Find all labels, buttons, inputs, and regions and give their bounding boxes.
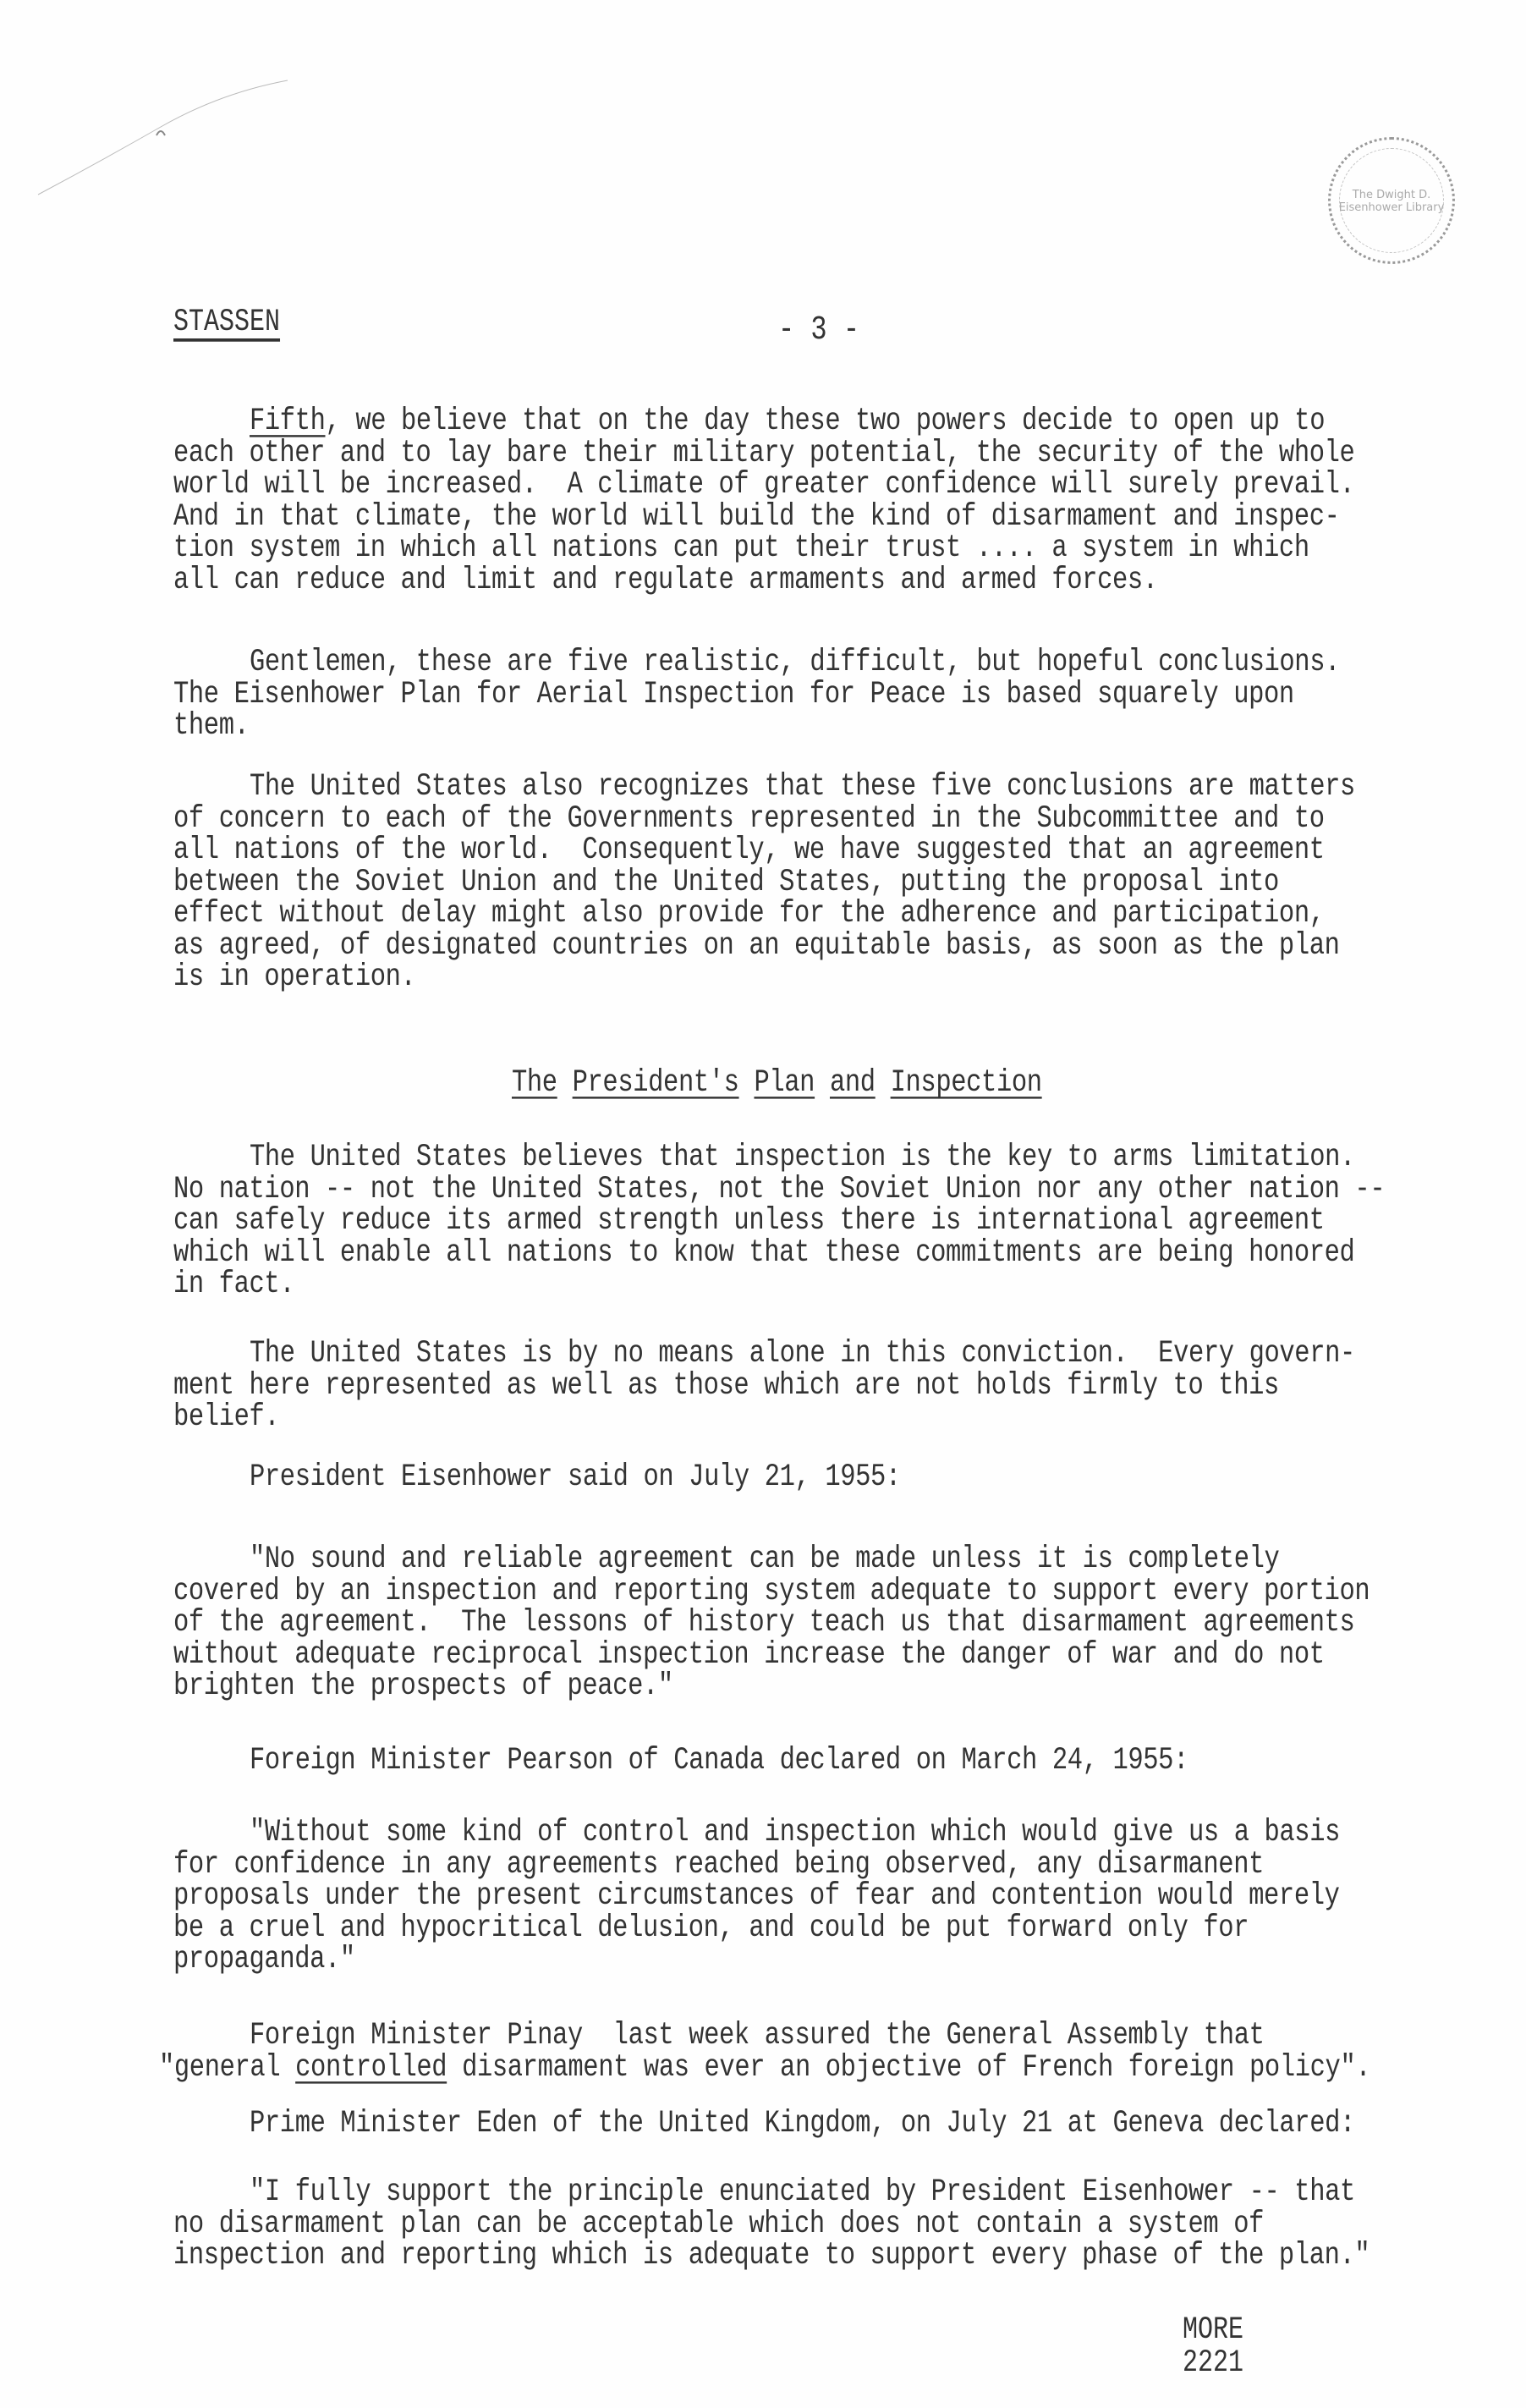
pearson-intro-line: Foreign Minister Pearson of Canada decla… (250, 1746, 1188, 1777)
not-alone-line: ment here represented as well as those w… (173, 1371, 1279, 1402)
not-alone-line: The United States is by no means alone i… (250, 1339, 1355, 1370)
page-number: - 3 - (778, 310, 859, 349)
heading-word: Plan (754, 1066, 815, 1101)
fifth-line: And in that climate, the world will buil… (173, 502, 1340, 533)
us-recognizes-line: effect without delay might also provide … (173, 899, 1325, 930)
pearson-quote-line: be a cruel and hypocritical delusion, an… (173, 1913, 1249, 1944)
pinay-line: Foreign Minister Pinay last week assured… (250, 2020, 1265, 2052)
document-code: 2221 (1183, 2345, 1243, 2382)
eden-quote-line: inspection and reporting which is adequa… (173, 2240, 1370, 2272)
fifth-line: all can reduce and limit and regulate ar… (173, 565, 1158, 597)
eden-quote-line: "I fully support the principle enunciate… (250, 2177, 1355, 2208)
heading-word: The (512, 1066, 557, 1101)
stamp-text: The Dwight D. Eisenhower Library (1331, 189, 1452, 214)
eisenhower-quote-line: brighten the prospects of peace." (173, 1671, 673, 1702)
eisenhower-quote-line: without adequate reciprocal inspection i… (173, 1640, 1325, 1671)
pearson-quote-line: propaganda." (173, 1944, 355, 1976)
fifth-line: Fifth, we believe that on the day these … (250, 406, 1325, 437)
pinay-line: "general controlled disarmament was ever… (159, 2053, 1370, 2084)
heading-word: President's (573, 1066, 739, 1101)
eisenhower-quote-line: covered by an inspection and reporting s… (173, 1576, 1370, 1608)
us-believes-line: can safely reduce its armed strength unl… (173, 1206, 1325, 1237)
fifth-line: tion system in which all nations can put… (173, 533, 1309, 564)
eisenhower-intro-line: President Eisenhower said on July 21, 19… (250, 1462, 901, 1493)
pencil-mark (34, 76, 305, 212)
eisenhower-quote-line: of the agreement. The lessons of history… (173, 1608, 1354, 1639)
gentlemen-line: them. (173, 711, 250, 742)
fifth-line: each other and to lay bare their militar… (173, 438, 1354, 470)
controlled-emphasis: controlled (295, 2050, 447, 2085)
gentlemen-line: The Eisenhower Plan for Aerial Inspectio… (173, 679, 1294, 711)
us-recognizes-line: between the Soviet Union and the United … (173, 867, 1279, 899)
eden-intro-line: Prime Minister Eden of the United Kingdo… (250, 2108, 1355, 2140)
eisenhower-quote-line: "No sound and reliable agreement can be … (250, 1544, 1279, 1575)
us-believes-line: No nation -- not the United States, not … (173, 1174, 1385, 1206)
library-stamp: The Dwight D. Eisenhower Library (1328, 137, 1455, 264)
fifth-line: world will be increased. A climate of gr… (173, 470, 1354, 501)
eden-quote-line: no disarmament plan can be acceptable wh… (173, 2209, 1264, 2240)
section-heading: The President's Plan and Inspection (512, 1068, 1042, 1099)
us-believes-line: The United States believes that inspecti… (250, 1142, 1355, 1174)
us-recognizes-line: of concern to each of the Governments re… (173, 804, 1325, 835)
author-header: STASSEN (173, 305, 280, 341)
gentlemen-line: Gentlemen, these are five realistic, dif… (250, 647, 1340, 679)
not-alone-line: belief. (173, 1402, 279, 1433)
us-recognizes-line: all nations of the world. Consequently, … (173, 835, 1325, 866)
us-recognizes-line: is in operation. (173, 962, 415, 993)
pearson-quote-line: for confidence in any agreements reached… (173, 1850, 1264, 1881)
heading-word: Inspection (891, 1066, 1042, 1101)
fifth-lead-word: Fifth (250, 404, 326, 439)
us-recognizes-line: The United States also recognizes that t… (250, 772, 1355, 803)
us-believes-line: in fact. (173, 1269, 294, 1300)
more-marker: MORE (1183, 2312, 1243, 2349)
us-recognizes-line: as agreed, of designated countries on an… (173, 931, 1340, 962)
pearson-quote-line: "Without some kind of control and inspec… (250, 1817, 1340, 1849)
heading-word: and (830, 1066, 876, 1101)
us-believes-line: which will enable all nations to know th… (173, 1238, 1354, 1269)
pearson-quote-line: proposals under the present circumstance… (173, 1881, 1340, 1912)
document-page: The Dwight D. Eisenhower Library STASSEN… (0, 0, 1526, 2408)
